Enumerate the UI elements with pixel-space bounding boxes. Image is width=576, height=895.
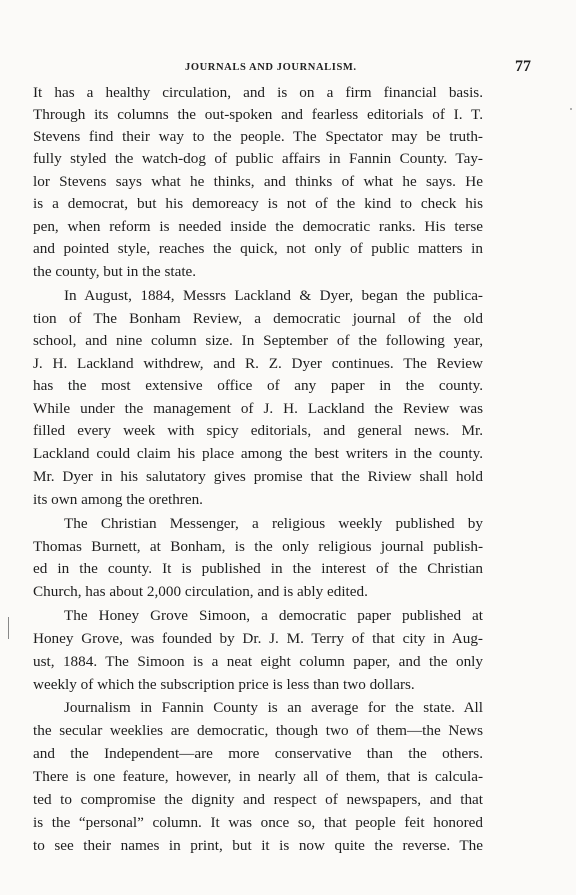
text-line: ed in the county. It is published in the… <box>33 558 483 580</box>
book-page: JOURNALS AND JOURNALISM. 77 It has a hea… <box>0 0 576 895</box>
text-line: While under the management of J. H. Lack… <box>33 398 483 420</box>
text-line: Honey Grove, was founded by Dr. J. M. Te… <box>33 628 483 650</box>
text-line: is a democrat, but his demoreacy is not … <box>33 193 483 215</box>
text-line: ted to compromise the dignity and respec… <box>33 789 483 811</box>
text-line: the county, but in the state. <box>33 261 483 283</box>
text-line: ust, 1884. The Simoon is a neat eight co… <box>33 651 483 673</box>
text-line: J. H. Lackland withdrew, and R. Z. Dyer … <box>33 353 483 375</box>
text-line: Lackland could claim his place among the… <box>33 443 483 465</box>
text-line: In August, 1884, Messrs Lackland & Dyer,… <box>64 285 483 307</box>
text-line: Church, has about 2,000 circulation, and… <box>33 581 483 603</box>
text-line: There is one feature, however, in nearly… <box>33 766 483 788</box>
text-line: Journalism in Fannin County is an averag… <box>64 697 483 719</box>
text-line: to see their names in print, but it is n… <box>33 835 483 857</box>
text-line: and the Independent—are more conservativ… <box>33 743 483 765</box>
text-line: is the “personal” column. It was once so… <box>33 812 483 834</box>
text-line: Mr. Dyer in his salutatory gives promise… <box>33 466 483 488</box>
running-title: JOURNALS AND JOURNALISM. <box>185 62 357 73</box>
text-line: and pointed style, reaches the quick, no… <box>33 238 483 260</box>
text-line: Through its columns the out-spoken and f… <box>33 104 483 126</box>
scan-speck <box>570 108 572 110</box>
text-line: lor Stevens says what he thinks, and thi… <box>33 171 483 193</box>
text-line: the secular weeklies are democratic, tho… <box>33 720 483 742</box>
text-line: pen, when reform is needed inside the de… <box>33 216 483 238</box>
text-line: Thomas Burnett, at Bonham, is the only r… <box>33 536 483 558</box>
page-number: 77 <box>515 58 531 76</box>
text-line: The Honey Grove Simoon, a democratic pap… <box>64 605 483 627</box>
text-line: It has a healthy circulation, and is on … <box>33 82 483 104</box>
text-line: weekly of which the subscription price i… <box>33 674 483 696</box>
text-line: has the most extensive office of any pap… <box>33 375 483 397</box>
page-header: JOURNALS AND JOURNALISM. 77 <box>0 58 576 78</box>
text-line: tion of The Bonham Review, a democratic … <box>33 308 483 330</box>
text-line: filled every week with spicy editorials,… <box>33 420 483 442</box>
text-line: its own among the orethren. <box>33 489 483 511</box>
text-line: Stevens find their way to the people. Th… <box>33 126 483 148</box>
text-line: The Christian Messenger, a religious wee… <box>64 513 483 535</box>
text-line: school, and nine column size. In Septemb… <box>33 330 483 352</box>
margin-mark <box>8 617 9 639</box>
text-line: fully styled the watch-dog of public aff… <box>33 148 483 170</box>
